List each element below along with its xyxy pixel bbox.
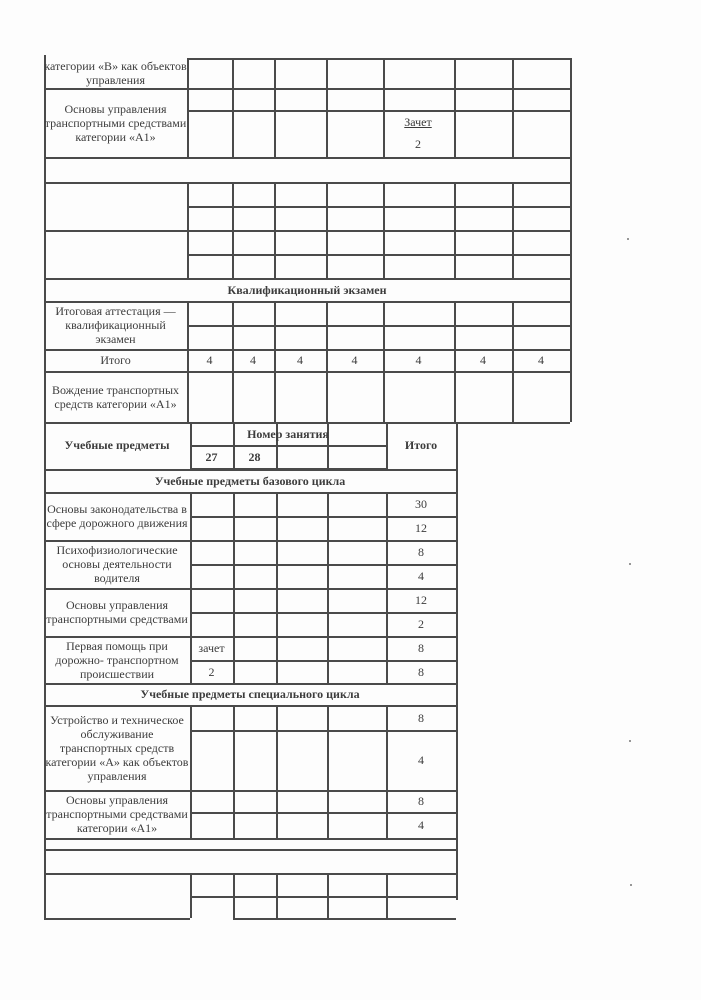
grid-line (274, 58, 276, 157)
grid-line (190, 896, 456, 898)
grid-line (190, 790, 192, 838)
grid-line (187, 58, 189, 157)
grid-line (274, 182, 276, 278)
grid-line (383, 182, 385, 278)
subject-cell-control-a1: Основы управления транспортными средства… (44, 90, 187, 156)
lesson-cell: 2 (190, 660, 233, 683)
row-total: 12 (386, 516, 456, 540)
grid-line (44, 157, 570, 159)
grid-line (276, 790, 278, 838)
subject-cell: Основы управления транспортными средства… (44, 790, 190, 838)
scan-speck (627, 238, 629, 240)
row-total: 4 (386, 812, 456, 838)
row-total: 8 (386, 636, 456, 660)
credit-value: 2 (383, 136, 453, 152)
grid-line (187, 182, 189, 278)
total-value: 4 (232, 349, 274, 371)
lesson-27: 27 (190, 446, 233, 468)
grid-line (232, 58, 234, 157)
grid-line (233, 790, 235, 838)
scan-speck (630, 884, 632, 886)
row-total: 2 (386, 612, 456, 636)
grid-line (276, 636, 278, 683)
grid-line (454, 182, 456, 278)
section-special-cycle: Учебные предметы специального цикла (44, 683, 456, 705)
grid-line (233, 918, 456, 920)
row-total: 4 (386, 564, 456, 588)
grid-line (190, 873, 192, 918)
row-total: 4 (386, 730, 456, 790)
subject-cell: Основы управления транспортными средства… (44, 588, 190, 636)
driving-label: Вождение транспортных средств категории … (44, 372, 187, 422)
grid-line (233, 588, 235, 636)
subject-cell: Психофизиологические основы деятельности… (44, 540, 190, 588)
section-basic-cycle: Учебные предметы базового цикла (44, 470, 456, 492)
grid-line (512, 58, 514, 157)
row-total: 8 (386, 540, 456, 564)
grid-line (44, 182, 570, 184)
grid-line (190, 706, 192, 790)
credit-label: Зачет (383, 114, 453, 130)
subject-cell: Основы законодательства в сфере дорожног… (44, 492, 190, 540)
grid-line (512, 182, 514, 278)
grid-line (456, 422, 458, 900)
grid-line (276, 492, 278, 540)
grid-line (190, 540, 192, 588)
grid-line (44, 849, 456, 851)
header-subjects: Учебные предметы (44, 422, 190, 468)
grid-line (232, 182, 234, 278)
grid-line (327, 492, 329, 540)
grid-line (276, 873, 278, 918)
subject-cell-category-b: категории «В» как объектов управления (44, 58, 187, 88)
grid-line (327, 636, 329, 683)
grid-line (233, 492, 235, 540)
total-value: 4 (274, 349, 326, 371)
row-total: 30 (386, 492, 456, 516)
grid-line (233, 873, 235, 918)
lesson-28: 28 (233, 446, 276, 468)
lesson-cell: зачет (190, 636, 233, 660)
subject-cell: Первая помощь при дорожно- транспортном … (44, 636, 190, 683)
grid-line (327, 706, 329, 790)
total-value: 4 (454, 349, 512, 371)
grid-line (326, 182, 328, 278)
grid-line (327, 873, 329, 918)
grid-line (44, 230, 570, 232)
subject-cell: Устройство и техническое обслуживание тр… (44, 706, 190, 790)
total-label: Итого (44, 349, 187, 371)
total-value: 4 (187, 349, 232, 371)
grid-line (327, 540, 329, 588)
grid-line (44, 873, 456, 875)
grid-line (233, 636, 235, 683)
total-value: 4 (326, 349, 383, 371)
grid-line (454, 58, 456, 157)
total-value: 4 (512, 349, 570, 371)
row-total: 12 (386, 588, 456, 612)
grid-line (44, 918, 190, 920)
grid-line (276, 706, 278, 790)
total-value: 4 (383, 349, 454, 371)
row-total: 8 (386, 660, 456, 683)
header-lesson-number: Номер занятия (190, 422, 386, 445)
grid-line (233, 540, 235, 588)
grid-line (327, 790, 329, 838)
grid-line (386, 873, 388, 918)
scan-speck (629, 563, 631, 565)
row-total: 8 (386, 790, 456, 812)
row-total: 8 (386, 706, 456, 730)
scan-speck (629, 740, 631, 742)
grid-line (326, 58, 328, 157)
section-qualification-exam: Квалификационный экзамен (44, 279, 570, 301)
header-total: Итого (386, 422, 456, 468)
grid-line (327, 588, 329, 636)
grid-line (570, 58, 572, 422)
grid-line (190, 492, 192, 540)
grid-line (276, 588, 278, 636)
final-attestation-label: Итоговая аттестация — квалификационный э… (44, 301, 187, 349)
grid-line (44, 838, 456, 840)
grid-line (276, 540, 278, 588)
grid-line (233, 706, 235, 790)
grid-line (190, 588, 192, 636)
